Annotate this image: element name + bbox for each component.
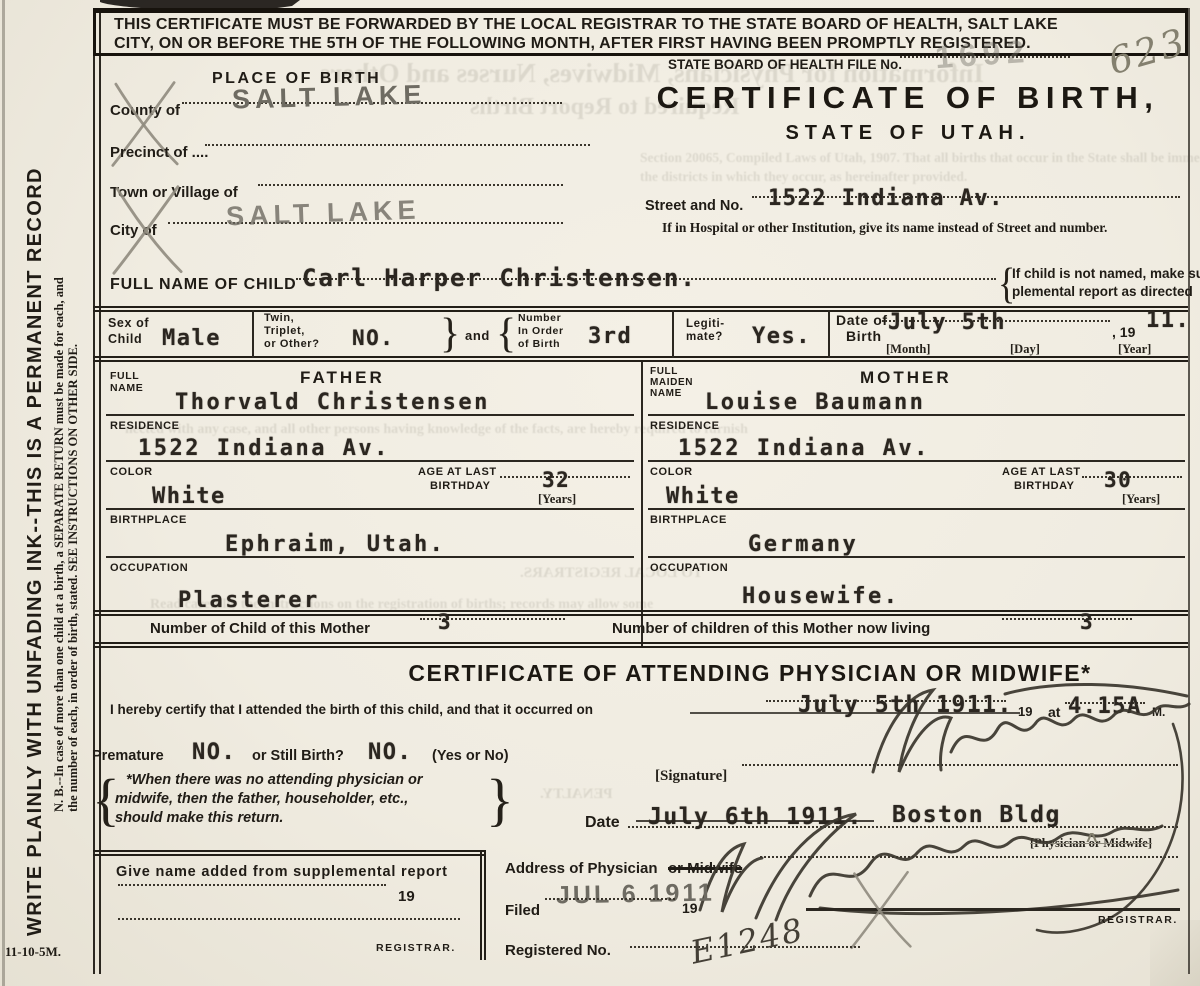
forwarding-notice-line1: THIS CERTIFICATE MUST BE FORWARDED BY TH… bbox=[114, 16, 1185, 34]
supplemental-line1 bbox=[118, 884, 386, 886]
file-number-stamp: 1692 bbox=[934, 33, 1032, 77]
order-label-1: Number bbox=[518, 312, 561, 324]
precinct-label: Precinct of .... bbox=[110, 144, 208, 161]
mother-years-bracket: [Years] bbox=[1122, 492, 1160, 507]
father-birthplace-label: BIRTHPLACE bbox=[110, 514, 187, 526]
file-number-label: STATE BOARD OF HEALTH FILE No. bbox=[668, 57, 902, 72]
child-name-value: Carl Harper Christensen. bbox=[302, 264, 697, 292]
father-age-value: 32 bbox=[542, 468, 570, 492]
certificate-subtitle: STATE OF UTAH. bbox=[628, 122, 1188, 145]
address-of-physician-label: Address of Physician bbox=[505, 860, 658, 877]
bleedthrough-text: the districts in which they occur, as he… bbox=[640, 169, 967, 185]
dob-year: 11. bbox=[1146, 308, 1190, 333]
mother-header: MOTHER bbox=[860, 368, 952, 388]
registered-no-label: Registered No. bbox=[505, 942, 611, 959]
father-residence-value: 1522 Indiana Av. bbox=[138, 436, 390, 461]
mother-name-label-1: FULL bbox=[650, 366, 678, 377]
rule-below-parents bbox=[93, 610, 1188, 616]
mother-age-value: 30 bbox=[1104, 468, 1132, 492]
mother-name-value: Louise Baumann bbox=[705, 390, 925, 415]
city-stamp: SALT LAKE bbox=[226, 195, 421, 233]
certificate-title: CERTIFICATE OF BIRTH, bbox=[628, 80, 1188, 116]
father-years-bracket: [Years] bbox=[538, 492, 576, 507]
count-child-label: Number of Child of this Mother bbox=[150, 620, 370, 637]
stillbirth-value: NO. bbox=[368, 740, 412, 765]
father-color-label: COLOR bbox=[110, 466, 153, 478]
mother-color-label: COLOR bbox=[650, 466, 693, 478]
dob-day-bracket: [Day] bbox=[1010, 342, 1040, 357]
father-age-label-1: AGE AT LAST bbox=[418, 466, 497, 478]
twin-label-1: Twin, bbox=[264, 312, 294, 324]
dob-label-2: Birth bbox=[846, 328, 882, 344]
twin-value: NO. bbox=[352, 326, 394, 350]
supplemental-label: Give name added from supplemental report bbox=[116, 864, 448, 880]
street-value: 1522 Indiana Av. bbox=[768, 186, 1004, 211]
vitals-divider-1 bbox=[252, 310, 254, 358]
mother-name-label-3: NAME bbox=[650, 388, 682, 399]
father-birthplace-rule bbox=[106, 556, 634, 558]
dob-label-1: Date of bbox=[836, 312, 888, 328]
father-name-rule bbox=[106, 414, 634, 416]
street-note: If in Hospital or other Institution, giv… bbox=[662, 220, 1107, 236]
dob-month-bracket: [Month] bbox=[886, 342, 930, 357]
supplemental-line2 bbox=[118, 918, 460, 920]
supplemental-19: 19 bbox=[398, 888, 415, 905]
margin-nb-note-line1: N. B.--In case of more than one child at… bbox=[52, 277, 66, 812]
mother-birthplace-label: BIRTHPLACE bbox=[650, 514, 727, 526]
mother-residence-value: 1522 Indiana Av. bbox=[678, 436, 930, 461]
father-header: FATHER bbox=[300, 368, 385, 388]
mother-birthplace-value: Germany bbox=[748, 532, 858, 557]
order-label-2: In Order bbox=[518, 325, 564, 337]
mother-name-rule bbox=[648, 414, 1185, 416]
rule-above-vitals bbox=[93, 306, 1188, 312]
margin-nb-note-line2: the number of each, in order of birth, s… bbox=[66, 277, 80, 812]
father-age-label-2: BIRTHDAY bbox=[430, 480, 491, 492]
legitimate-value: Yes. bbox=[752, 324, 811, 349]
child-unnamed-note-line2: plemental report as directed bbox=[1012, 284, 1193, 299]
order-label-3: of Birth bbox=[518, 338, 560, 350]
mother-birthplace-rule bbox=[648, 556, 1185, 558]
bleedthrough-text: PENALTY. bbox=[540, 786, 613, 803]
mother-residence-label: RESIDENCE bbox=[650, 420, 720, 432]
paper-edge-left bbox=[2, 0, 5, 986]
mother-occupation-value: Housewife. bbox=[742, 584, 899, 609]
parents-center-divider bbox=[641, 362, 643, 646]
street-label: Street and No. bbox=[645, 198, 743, 214]
filed-check-mark bbox=[845, 868, 917, 952]
premature-label: Premature bbox=[92, 748, 164, 764]
rule-above-physician bbox=[93, 642, 1188, 648]
order-brace-open: { bbox=[496, 310, 516, 358]
count-living-label: Number of children of this Mother now li… bbox=[612, 620, 930, 637]
sex-label-2: Child bbox=[108, 332, 142, 346]
twin-label-3: or Other? bbox=[264, 338, 320, 350]
mother-occupation-label: OCCUPATION bbox=[650, 562, 728, 574]
mother-color-rule bbox=[648, 508, 1185, 510]
count-child-value: 3 bbox=[438, 610, 452, 634]
precinct-line bbox=[205, 144, 590, 146]
bleedthrough-text: Section 20065, Compiled Laws of Utah, 19… bbox=[640, 150, 1200, 166]
margin-permanent-record-text: WRITE PLAINLY WITH UNFADING INK--THIS IS… bbox=[24, 167, 46, 936]
pencil-caret-mark: ^ bbox=[1086, 830, 1098, 853]
supplemental-box-top-rule bbox=[93, 850, 485, 856]
child-name-label: FULL NAME OF CHILD bbox=[110, 276, 297, 294]
birth-certificate-document: WRITE PLAINLY WITH UNFADING INK--THIS IS… bbox=[0, 0, 1200, 986]
mother-age-label-2: BIRTHDAY bbox=[1014, 480, 1075, 492]
dob-year-bracket: [Year] bbox=[1118, 342, 1151, 357]
and-brace-close: } bbox=[440, 310, 460, 358]
filed-line bbox=[545, 898, 675, 900]
form-code: 11-10-5M. bbox=[5, 944, 61, 960]
dob-19: , 19 bbox=[1112, 324, 1135, 340]
filed-19: 19 bbox=[682, 900, 698, 916]
mother-residence-rule bbox=[648, 460, 1185, 462]
registrar-left-label: REGISTRAR. bbox=[376, 942, 456, 954]
county-stamp: SALT LAKE bbox=[232, 79, 427, 115]
yes-no-hint: (Yes or No) bbox=[432, 748, 509, 764]
and-label: and bbox=[465, 328, 490, 343]
premature-value: NO. bbox=[192, 740, 236, 765]
father-birthplace-value: Ephraim, Utah. bbox=[225, 532, 445, 557]
twin-label-2: Triplet, bbox=[264, 325, 305, 337]
town-line bbox=[258, 184, 563, 186]
sex-label-1: Sex of bbox=[108, 316, 149, 330]
father-name-label-2: NAME bbox=[110, 382, 143, 394]
father-name-label-1: FULL bbox=[110, 370, 139, 382]
father-color-rule bbox=[106, 508, 634, 510]
sex-value: Male bbox=[162, 326, 221, 351]
dob-value: July 5th bbox=[888, 310, 1006, 335]
physician-note-line2: midwife, then the father, householder, e… bbox=[115, 791, 408, 807]
mother-name-label-2: MAIDEN bbox=[650, 377, 693, 388]
registrar-right-label: REGISTRAR. bbox=[1098, 914, 1178, 926]
child-unnamed-note-line1: If child is not named, make sup- bbox=[1012, 266, 1200, 281]
supplemental-box-right-border bbox=[480, 850, 486, 960]
stillbirth-label: or Still Birth? bbox=[252, 748, 344, 764]
date-label: Date bbox=[585, 814, 620, 832]
father-residence-label: RESIDENCE bbox=[110, 420, 180, 432]
legitimate-label-1: Legiti- bbox=[686, 318, 725, 330]
mother-age-label-1: AGE AT LAST bbox=[1002, 466, 1081, 478]
mother-color-value: White bbox=[666, 484, 740, 509]
physician-note-line1: *When there was no attending physician o… bbox=[126, 772, 423, 788]
vitals-divider-2 bbox=[672, 310, 674, 358]
count-living-line bbox=[1002, 618, 1132, 620]
father-name-value: Thorvald Christensen bbox=[175, 390, 490, 415]
filed-label: Filed bbox=[505, 902, 540, 919]
vitals-divider-3 bbox=[828, 310, 830, 358]
father-residence-rule bbox=[106, 460, 634, 462]
physician-note-brace-close: } bbox=[486, 766, 514, 833]
count-living-value: 3 bbox=[1080, 610, 1094, 634]
father-color-value: White bbox=[152, 484, 226, 509]
legitimate-label-2: mate? bbox=[686, 331, 723, 343]
city-check-mark bbox=[100, 182, 195, 278]
signature-label: [Signature] bbox=[655, 768, 727, 785]
order-value: 3rd bbox=[588, 324, 632, 349]
father-occupation-label: OCCUPATION bbox=[110, 562, 188, 574]
physician-note-line3: should make this return. bbox=[115, 810, 283, 826]
certify-text: I hereby certify that I attended the bir… bbox=[110, 702, 593, 717]
